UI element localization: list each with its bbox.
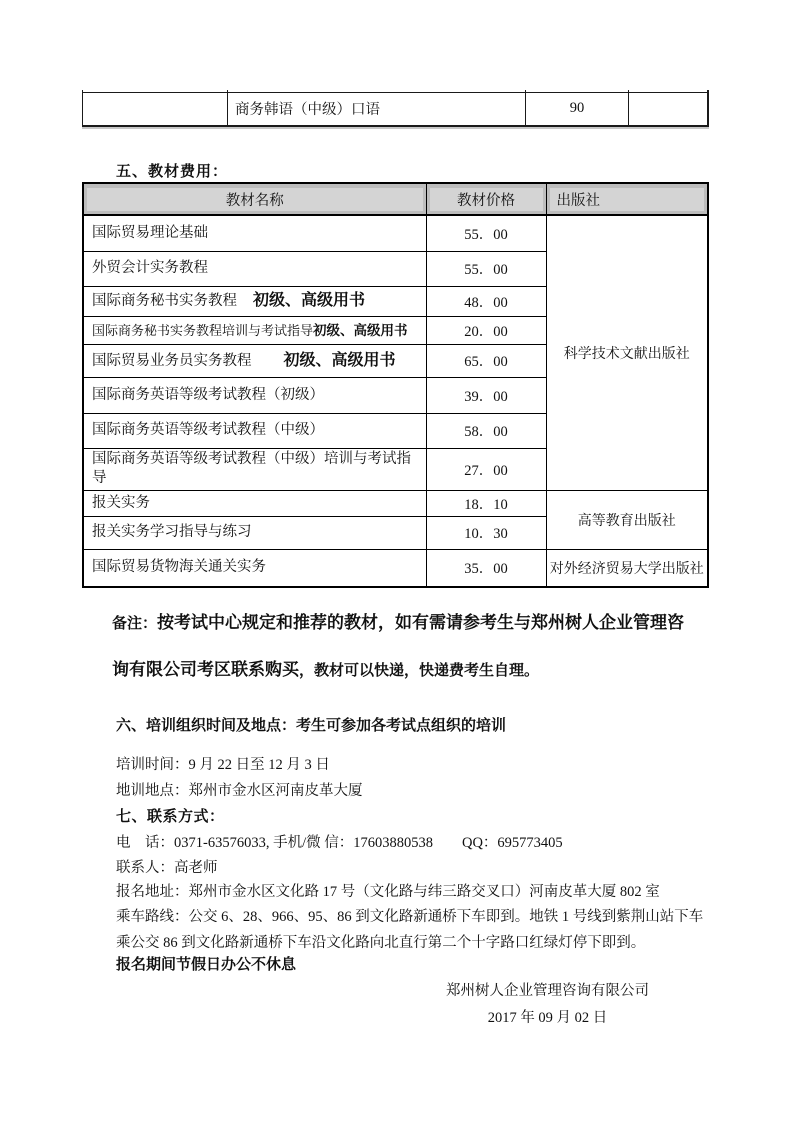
section-5-heading: 五、教材费用： [116,160,228,181]
textbook-name: 外贸会计实务教程 [92,260,208,276]
fragment-empty-cell [629,93,708,126]
textbook-price-cell: 65．00 [426,344,546,377]
bus-route-paragraph: 乘车路线：公交 6、28、966、95、86 到文化路新通桥下车即到。地铁 1 … [116,904,704,956]
remark-paragraph: 备注：按考试中心规定和推荐的教材，如有需请参考生与郑州树人企业管理咨询有限公司考… [112,600,694,694]
textbook-name: 国际商务英语等级考试教程（中级）培训与考试指导 [92,451,411,486]
textbook-name-cell: 国际商务秘书实务教程 初级、高级用书 [83,286,426,316]
training-place-line: 地训地点：郑州市金水区河南皮革大厦 [116,779,363,800]
textbook-name: 报关实务学习指导与练习 [92,524,252,540]
textbook-price-cell: 10．30 [426,516,546,549]
signature-block: 郑州树人企业管理咨询有限公司 2017 年 09 月 02 日 [380,978,715,1032]
textbook-name: 国际商务英语等级考试教程（中级） [92,422,324,438]
publisher-cell: 对外经济贸易大学出版社 [546,549,708,587]
textbook-name: 国际商务秘书实务教程 [92,293,237,309]
textbook-price-cell: 20．00 [426,316,546,344]
textbook-price-cell: 55．00 [426,215,546,251]
contact-person-line: 联系人：高老师 [116,856,218,877]
section-6-heading-label: 六、培训组织时间及地点： [116,717,296,734]
previous-page-table-fragment: 商务韩语（中级）口语90 [82,90,709,127]
section-7-heading: 七、联系方式： [116,805,225,826]
document-page: 商务韩语（中级）口语90 五、教材费用： 教材名称教材价格出版社国际贸易理论基础… [0,0,794,1123]
textbook-price-cell: 48．00 [426,286,546,316]
textbook-name-cell: 外贸会计实务教程 [83,251,426,286]
column-header: 教材名称 [83,183,426,215]
textbook-name-cell: 国际贸易理论基础 [83,215,426,251]
textbook-name-cell: 国际商务英语等级考试教程（中级） [83,413,426,448]
remark-label: 备注： [112,616,157,632]
phone-line: 电 话：0371-63576033, 手机/微 信：17603880538 QQ… [116,831,563,852]
textbook-name: 国际贸易理论基础 [92,225,208,241]
textbook-name-cell: 报关实务学习指导与练习 [83,516,426,549]
textbook-name-cell: 国际贸易业务员实务教程 初级、高级用书 [83,344,426,377]
textbook-price-cell: 58．00 [426,413,546,448]
textbook-level-label: 初级、高级用书 [313,323,408,338]
document-date: 2017 年 09 月 02 日 [380,1005,715,1032]
textbook-fee-table: 教材名称教材价格出版社国际贸易理论基础55．00科学技术文献出版社外贸会计实务教… [82,182,709,588]
textbook-name-cell: 报关实务 [83,490,426,516]
table-row: 报关实务18．10高等教育出版社 [83,490,708,516]
holiday-notice-line: 报名期间节假日办公不休息 [116,953,296,974]
column-header-label: 教材价格 [430,188,543,211]
textbook-name: 国际贸易货物海关通关实务 [92,559,266,575]
textbook-price-cell: 55．00 [426,251,546,286]
textbook-name-cell: 国际贸易货物海关通关实务 [83,549,426,587]
column-header: 出版社 [546,183,708,215]
remark-rest-text: ，教材可以快递，快递费考生自理。 [299,663,539,679]
textbook-price-cell: 27．00 [426,448,546,490]
textbook-price-cell: 39．00 [426,377,546,413]
fragment-empty-cell [83,93,228,126]
textbook-name: 国际商务秘书实务教程培训与考试指导 [92,323,313,338]
publisher-cell: 高等教育出版社 [546,490,708,549]
textbook-name-cell: 国际商务英语等级考试教程（初级） [83,377,426,413]
table-row: 国际贸易货物海关通关实务35．00对外经济贸易大学出版社 [83,549,708,587]
textbook-price-cell: 18．10 [426,490,546,516]
table-row: 国际贸易理论基础55．00科学技术文献出版社 [83,215,708,251]
section-6-heading: 六、培训组织时间及地点：考生可参加各考试点组织的培训 [116,714,506,735]
fragment-fee-cell: 90 [526,93,629,126]
textbook-name: 报关实务 [92,495,150,511]
textbook-name-cell: 国际商务英语等级考试教程（中级）培训与考试指导 [83,448,426,490]
textbook-name: 国际商务英语等级考试教程（初级） [92,387,324,403]
section-6-heading-rest: 考生可参加各考试点组织的培训 [296,717,506,734]
column-header-label: 教材名称 [87,188,423,211]
company-name: 郑州树人企业管理咨询有限公司 [380,978,715,1005]
publisher-cell: 科学技术文献出版社 [546,215,708,490]
textbook-level-label: 初级、高级用书 [237,292,365,309]
textbook-name: 国际贸易业务员实务教程 [92,353,252,369]
column-header: 教材价格 [426,183,546,215]
textbook-level-label: 初级、高级用书 [252,352,396,369]
textbook-name-cell: 国际商务秘书实务教程培训与考试指导初级、高级用书 [83,316,426,344]
registration-address-line: 报名地址：郑州市金水区文化路 17 号（文化路与纬三路交叉口）河南皮革大厦 80… [116,880,660,901]
training-time-line: 培训时间：9 月 22 日至 12 月 3 日 [116,753,330,774]
fragment-course-cell: 商务韩语（中级）口语 [228,93,526,126]
textbook-price-cell: 35．00 [426,549,546,587]
column-header-label: 出版社 [550,188,705,211]
